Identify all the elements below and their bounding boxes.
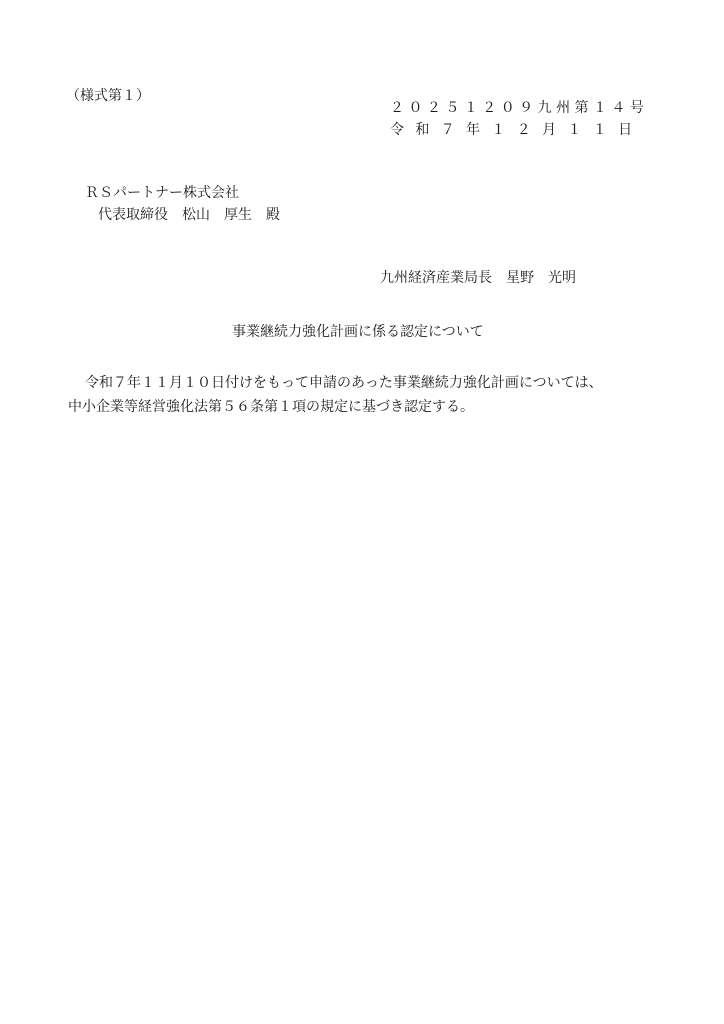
doc-number-char: １ <box>464 100 478 116</box>
doc-number-char: ０ <box>501 100 515 116</box>
doc-date-char: １ <box>491 122 505 138</box>
doc-number-char: ２ <box>390 100 404 116</box>
doc-number-char: １ <box>593 100 607 116</box>
subject-title: 事業継続力強化計画に係る認定について <box>232 324 484 340</box>
doc-number-char: 九 <box>538 100 552 116</box>
form-label: （様式第１） <box>66 88 150 104</box>
document-number: ２ ０ ２ ５ １ ２ ０ ９ 九 州 第 １ ４ 号 <box>390 100 632 116</box>
doc-number-char: ２ <box>482 100 496 116</box>
doc-number-char: 第 <box>575 100 589 116</box>
body-text-line: 令和７年１１月１０日付けをもって申請のあった事業継続力強化計画については、 <box>85 375 603 391</box>
doc-date-char: 日 <box>618 122 632 138</box>
doc-number-char: ０ <box>408 100 422 116</box>
doc-date-char: １ <box>593 122 607 138</box>
addressee-representative: 代表取締役 松山 厚生 殿 <box>98 207 280 223</box>
doc-number-char: ９ <box>519 100 533 116</box>
document-page: （様式第１） ２ ０ ２ ５ １ ２ ０ ９ 九 州 第 １ ４ 号 令 和 ７… <box>0 0 724 1024</box>
doc-number-char: 号 <box>630 100 644 116</box>
doc-date-char: 和 <box>415 122 429 138</box>
addressee-company: ＲＳパートナー株式会社 <box>85 185 239 201</box>
doc-number-char: ２ <box>427 100 441 116</box>
doc-date-char: １ <box>567 122 581 138</box>
doc-date-char: ２ <box>517 122 531 138</box>
doc-number-char: 州 <box>556 100 570 116</box>
issuer-name: 九州経済産業局長 星野 光明 <box>380 270 576 286</box>
doc-date-char: 月 <box>542 122 556 138</box>
doc-date-char: 令 <box>390 122 404 138</box>
doc-number-char: ５ <box>445 100 459 116</box>
doc-date-char: ７ <box>441 122 455 138</box>
document-date: 令 和 ７ 年 １ ２ 月 １ １ 日 <box>390 122 632 138</box>
body-text-line: 中小企業等経営強化法第５６条第１項の規定に基づき認定する。 <box>68 399 474 415</box>
doc-number-char: ４ <box>611 100 625 116</box>
doc-date-char: 年 <box>466 122 480 138</box>
